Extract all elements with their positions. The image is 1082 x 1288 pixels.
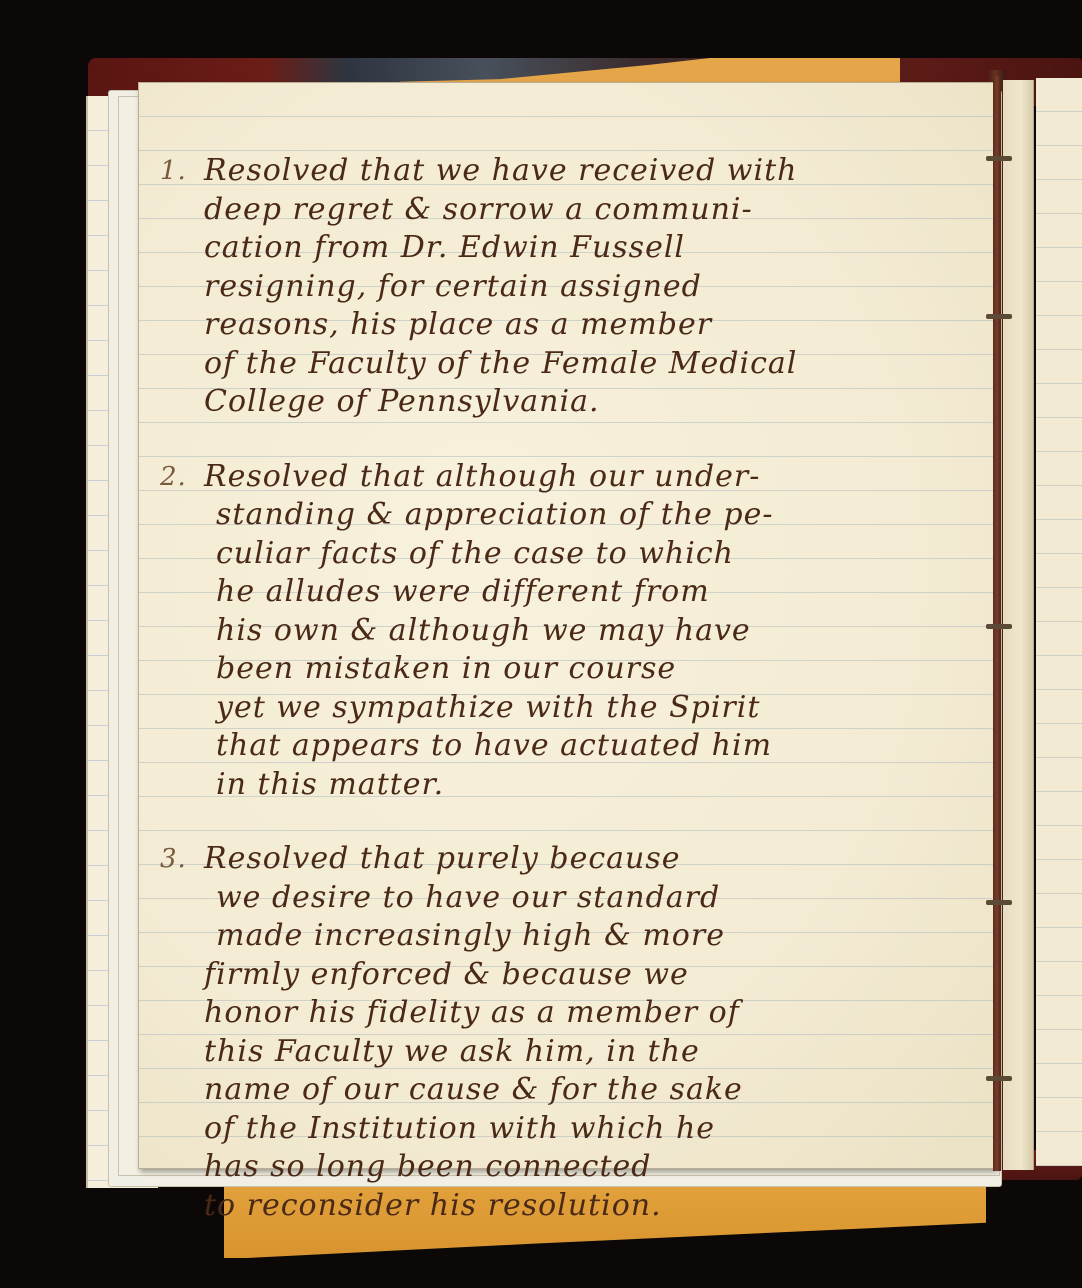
text-line: culiar facts of the case to which xyxy=(160,535,960,574)
binding-stitch-icon xyxy=(986,314,1012,319)
resolution-number: 2. xyxy=(160,458,187,497)
text-line: yet we sympathize with the Spirit xyxy=(160,689,960,728)
binding-stitch-icon xyxy=(986,624,1012,629)
text-line: that appears to have actuated him xyxy=(160,727,960,766)
text-line: this Faculty we ask him, in the xyxy=(160,1033,960,1072)
text-line: made increasingly high & more xyxy=(160,917,960,956)
resolution-3: 3. Resolved that purely because we desir… xyxy=(160,840,960,1225)
resolution-1: 1. Resolved that we have received with d… xyxy=(160,152,960,422)
facing-page-edge xyxy=(1036,78,1082,1166)
text-line: of the Institution with which he xyxy=(160,1110,960,1149)
text-line: honor his fidelity as a member of xyxy=(160,994,960,1033)
binding-stitch-icon xyxy=(986,1076,1012,1081)
text-line: of the Faculty of the Female Medical xyxy=(160,345,960,384)
text-line: Resolved that although our under- xyxy=(160,458,960,497)
text-line: to reconsider his resolution. xyxy=(160,1187,960,1226)
text-line: deep regret & sorrow a communi- xyxy=(160,191,960,230)
text-line: we desire to have our standard xyxy=(160,879,960,918)
text-line: in this matter. xyxy=(160,766,960,805)
binding-stitch-icon xyxy=(986,900,1012,905)
resolution-number: 3. xyxy=(160,840,187,879)
text-line: standing & appreciation of the pe- xyxy=(160,496,960,535)
handwritten-text: 1. Resolved that we have received with d… xyxy=(160,152,960,1261)
text-line: name of our cause & for the sake xyxy=(160,1071,960,1110)
text-line: his own & although we may have xyxy=(160,612,960,651)
text-line: Resolved that purely because xyxy=(160,840,960,879)
text-line: Resolved that we have received with xyxy=(160,152,960,191)
text-line: been mistaken in our course xyxy=(160,650,960,689)
binding-stitch-icon xyxy=(986,156,1012,161)
text-line: College of Pennsylvania. xyxy=(160,383,960,422)
text-line: has so long been connected xyxy=(160,1148,960,1187)
text-line: reasons, his place as a member xyxy=(160,306,960,345)
text-line: he alludes were different from xyxy=(160,573,960,612)
text-line: resigning, for certain assigned xyxy=(160,268,960,307)
resolution-number: 1. xyxy=(160,152,187,191)
text-line: firmly enforced & because we xyxy=(160,956,960,995)
resolution-2: 2. Resolved that although our under- sta… xyxy=(160,458,960,805)
text-line: cation from Dr. Edwin Fussell xyxy=(160,229,960,268)
